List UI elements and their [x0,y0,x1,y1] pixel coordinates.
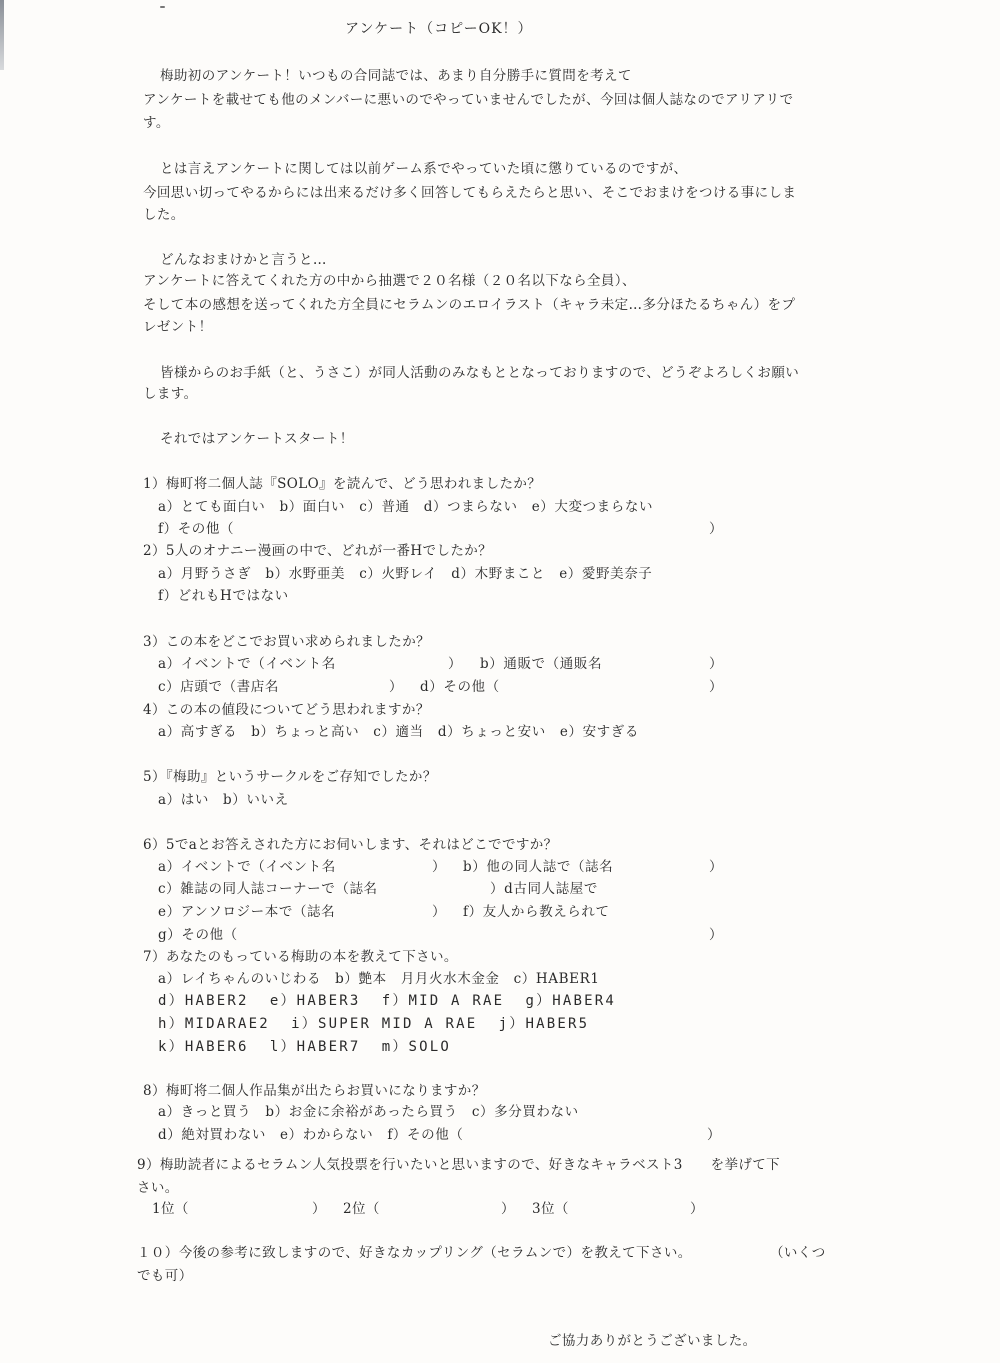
intro-p3-line1: どんなおまけかと言うと… [160,252,327,268]
intro-p2-line3: した。 [143,207,185,223]
question-7-options-line1: a）レイちゃんのいじわる b）艶本 月月火水木金金 c）HABER1 [158,971,600,987]
scan-speck [160,6,165,8]
intro-p3-line3: そして本の感想を送ってくれた方全員にセラムンのエロイラスト（キャラ未定…多分ほた… [143,297,795,313]
intro-p4-line1: 皆様からのお手紙（と、うさこ）が同人活動のみなもととなっておりますので、どうぞよ… [160,365,799,381]
question-3-option-b: b）通販で（通販名 [480,656,602,672]
question-6-text: 6）5でaとお答えされた方にお伺いします、それはどこでですか？ [143,837,558,853]
question-6-option-c-close-d: ）d古同人誌屋で [490,881,598,897]
question-5-options: a）はい b）いいえ [158,792,289,808]
question-8-other-close: ） [707,1127,721,1143]
question-9-text-cont: さい。 [137,1180,179,1196]
intro-p5-line1: それではアンケートスタート！ [160,431,354,447]
question-9-rank2-close: ） [501,1201,515,1217]
question-4-options: a）高すぎる b）ちょっと高い c）適当 d）ちょっと安い e）安すぎる [158,724,639,740]
question-6-option-a: a）イベントで（イベント名 [158,859,336,875]
question-9-rank3: 3位（ [532,1201,569,1217]
question-10-text: １０）今後の参考に致しますので、好きなカップリング（セラムンで）を教えて下さい。 [137,1245,692,1261]
question-10-note: （いくつ [770,1245,826,1261]
intro-p1-line3: す。 [143,115,170,131]
question-9-rank1-close: ） [312,1201,326,1217]
scan-edge-shadow [0,0,4,70]
question-3-option-c-close: ） [389,679,403,695]
intro-p2-line2: 今回思い切ってやるからには出来るだけ多く回答してもらえたらと思い、そこでおまけを… [143,185,796,201]
question-6-option-g-close: ） [709,927,723,943]
question-1-other: f）その他（ [158,521,234,537]
document-title: アンケート（コピーOK！） [345,21,533,37]
intro-p2-line1: とは言えアンケートに関しては以前ゲーム系でやっていた頃に懲りているのですが、 [160,161,687,177]
question-3-option-d: d）その他（ [420,679,500,695]
question-6-option-e-close: ） [432,904,446,920]
question-2-other: f）どれもHではない [158,588,289,604]
question-7-text: 7）あなたのもっている梅助の本を教えて下さい。 [143,949,458,965]
question-6-option-c: c）雑誌の同人誌コーナーで（誌名 [158,881,378,897]
question-9-text: 9）梅助読者によるセラムン人気投票を行いたいと思いますので、好きなキャラベスト3… [137,1157,780,1173]
intro-p3-line2: アンケートに答えてくれた方の中から抽選で２０名様（２０名以下なら全員）、 [143,273,636,289]
question-6-option-g: g）その他（ [158,927,238,943]
question-7-options-line2: d）HABER2 e）HABER3 f）MID A RAE g）HABER4 [158,993,616,1009]
question-9-rank3-close: ） [690,1201,704,1217]
question-2-options: a）月野うさぎ b）水野亜美 c）火野レイ d）木野まこと e）愛野美奈子 [158,566,652,582]
question-8-options-line1: a）きっと買う b）お金に余裕があったら買う c）多分買わない [158,1104,579,1120]
intro-p3-line4: レゼント！ [143,319,213,335]
question-1-options: a）とても面白い b）面白い c）普通 d）つまらない e）大変つまらない [158,499,653,515]
question-3-option-d-close: ） [709,679,723,695]
question-7-options-line3: h）MIDARAE2 i）SUPER MID A RAE j）HABER5 [158,1016,589,1032]
question-6-option-f: f）友人から教えられて [463,904,610,920]
question-8-options-line2: d）絶対買わない e）わからない f）その他（ [158,1127,463,1143]
question-5-text: 5）『梅助』というサークルをご存知でしたか？ [143,769,437,785]
question-10-text-cont: でも可） [137,1268,193,1284]
question-3-option-a: a）イベントで（イベント名 [158,656,336,672]
question-3-text: 3）この本をどこでお買い求められましたか？ [143,634,430,650]
question-4-text: 4）この本の値段についてどう思われますか？ [143,702,430,718]
question-3-option-a-close: ） [448,656,462,672]
question-3-option-c: c）店頭で（書店名 [158,679,279,695]
question-2-text: 2）5人のオナニー漫画の中で、どれが一番Hでしたか？ [143,543,492,559]
question-1-other-close: ） [709,521,723,537]
closing-thanks: ご協力ありがとうございました。 [548,1333,757,1349]
intro-p4-line2: します。 [143,386,198,402]
intro-p1-line1: 梅助初のアンケート！いつもの合同誌では、あまり自分勝手に質問を考えて [160,68,632,84]
question-1-text: 1）梅町将二個人誌『SOLO』を読んで、どう思われましたか？ [143,476,541,492]
question-8-text: 8）梅町将二個人作品集が出たらお買いになりますか？ [143,1083,486,1099]
question-6-option-b: b）他の同人誌で（誌名 [463,859,613,875]
question-9-rank1: 1位（ [152,1201,189,1217]
question-3-option-b-close: ） [709,656,723,672]
question-7-options-line4: k）HABER6 l）HABER7 m）SOLO [158,1039,451,1055]
question-9-rank2: 2位（ [343,1201,380,1217]
intro-p1-line2: アンケートを載せても他のメンバーに悪いのでやっていませんでしたが、今回は個人誌な… [143,92,793,108]
question-6-option-a-close: ） [432,859,446,875]
question-6-option-e: e）アンソロジー本で（誌名 [158,904,335,920]
question-6-option-b-close: ） [709,859,723,875]
